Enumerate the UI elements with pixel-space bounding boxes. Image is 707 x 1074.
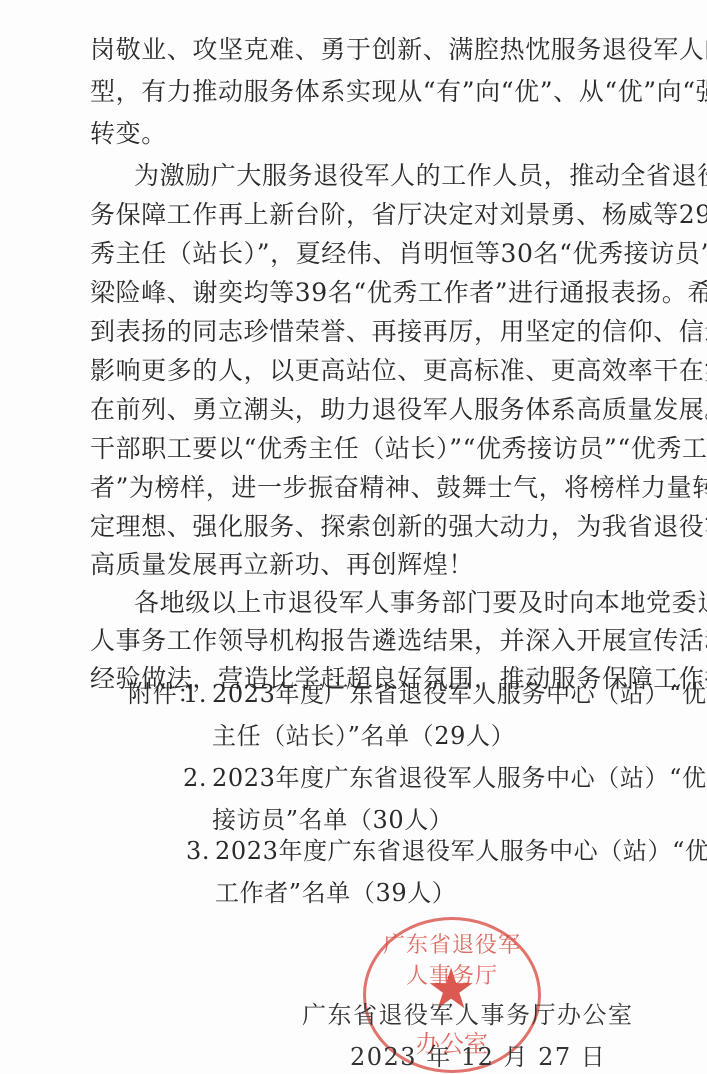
paragraph-2-line: 影响更多的人，以更高站位、更高标准、更高效率干在实处、走 <box>90 350 626 392</box>
paragraph-2-line: 干部职工要以“优秀主任（站长）”“优秀接访员”“优秀工作 <box>90 428 626 470</box>
paragraph-2-line: 到表扬的同志珍惜荣誉、再接再厉，用坚定的信仰、信念、信心 <box>90 311 626 353</box>
paragraph-1-line: 岗敬业、攻坚克难、勇于创新、满腔热忱服务退役军人的优秀典 <box>90 29 626 71</box>
attachment-number: 2. <box>183 757 207 799</box>
attachment-item-3-line1[interactable]: 2023年度广东省退役军人服务中心（站）“优秀 <box>215 830 627 872</box>
paragraph-1-line: 型，有力推动服务体系实现从“有”向“优”、从“优”向“强” <box>90 71 626 113</box>
attachment-item-2-line1[interactable]: 2023年度广东省退役军人服务中心（站）“优秀 <box>212 757 624 799</box>
attachment-item-1-line1[interactable]: 2023年度广东省退役军人服务中心（站）“优秀 <box>212 673 624 715</box>
paragraph-3-line: 各地级以上市退役军人事务部门要及时向本地党委退役军 <box>134 582 626 624</box>
attachment-item-3-line2[interactable]: 工作者”名单（39人） <box>215 872 456 914</box>
attachment-number: 1. <box>183 673 207 715</box>
paragraph-2-line: 秀主任（站长）”，夏经伟、肖明恒等30名“优秀接访员”， <box>90 233 626 275</box>
paragraph-1-line: 转变。 <box>90 113 626 155</box>
attachment-number: 3. <box>186 830 210 872</box>
attachment-item-1-line2[interactable]: 主任（站长）”名单（29人） <box>212 715 515 757</box>
paragraph-2-line: 为激励广大服务退役军人的工作人员，推动全省退役军人服 <box>134 155 626 197</box>
paragraph-2-line: 梁险峰、谢奕均等39名“优秀工作者”进行通报表扬。希望受 <box>90 272 626 314</box>
paragraph-2-line: 高质量发展再立新功、再创辉煌！ <box>90 544 626 586</box>
paragraph-2-line: 定理想、强化服务、探索创新的强大动力，为我省退役军人工作 <box>90 506 626 548</box>
signature-org: 广东省退役军人事务厅办公室 <box>302 995 634 1030</box>
signature-date: 2023 年 12 月 27 日 <box>350 1037 606 1072</box>
paragraph-2-line: 在前列、勇立潮头，助力退役军人服务体系高质量发展。全系统 <box>90 389 626 431</box>
paragraph-3-line: 人事务工作领导机构报告遴选结果，并深入开展宣传活动，推广 <box>90 620 626 662</box>
paragraph-2-line: 务保障工作再上新台阶，省厅决定对刘景勇、杨威等29名“优 <box>90 194 626 236</box>
paragraph-2-line: 者”为榜样，进一步振奋精神、鼓舞士气，将榜样力量转化为坚 <box>90 467 626 509</box>
